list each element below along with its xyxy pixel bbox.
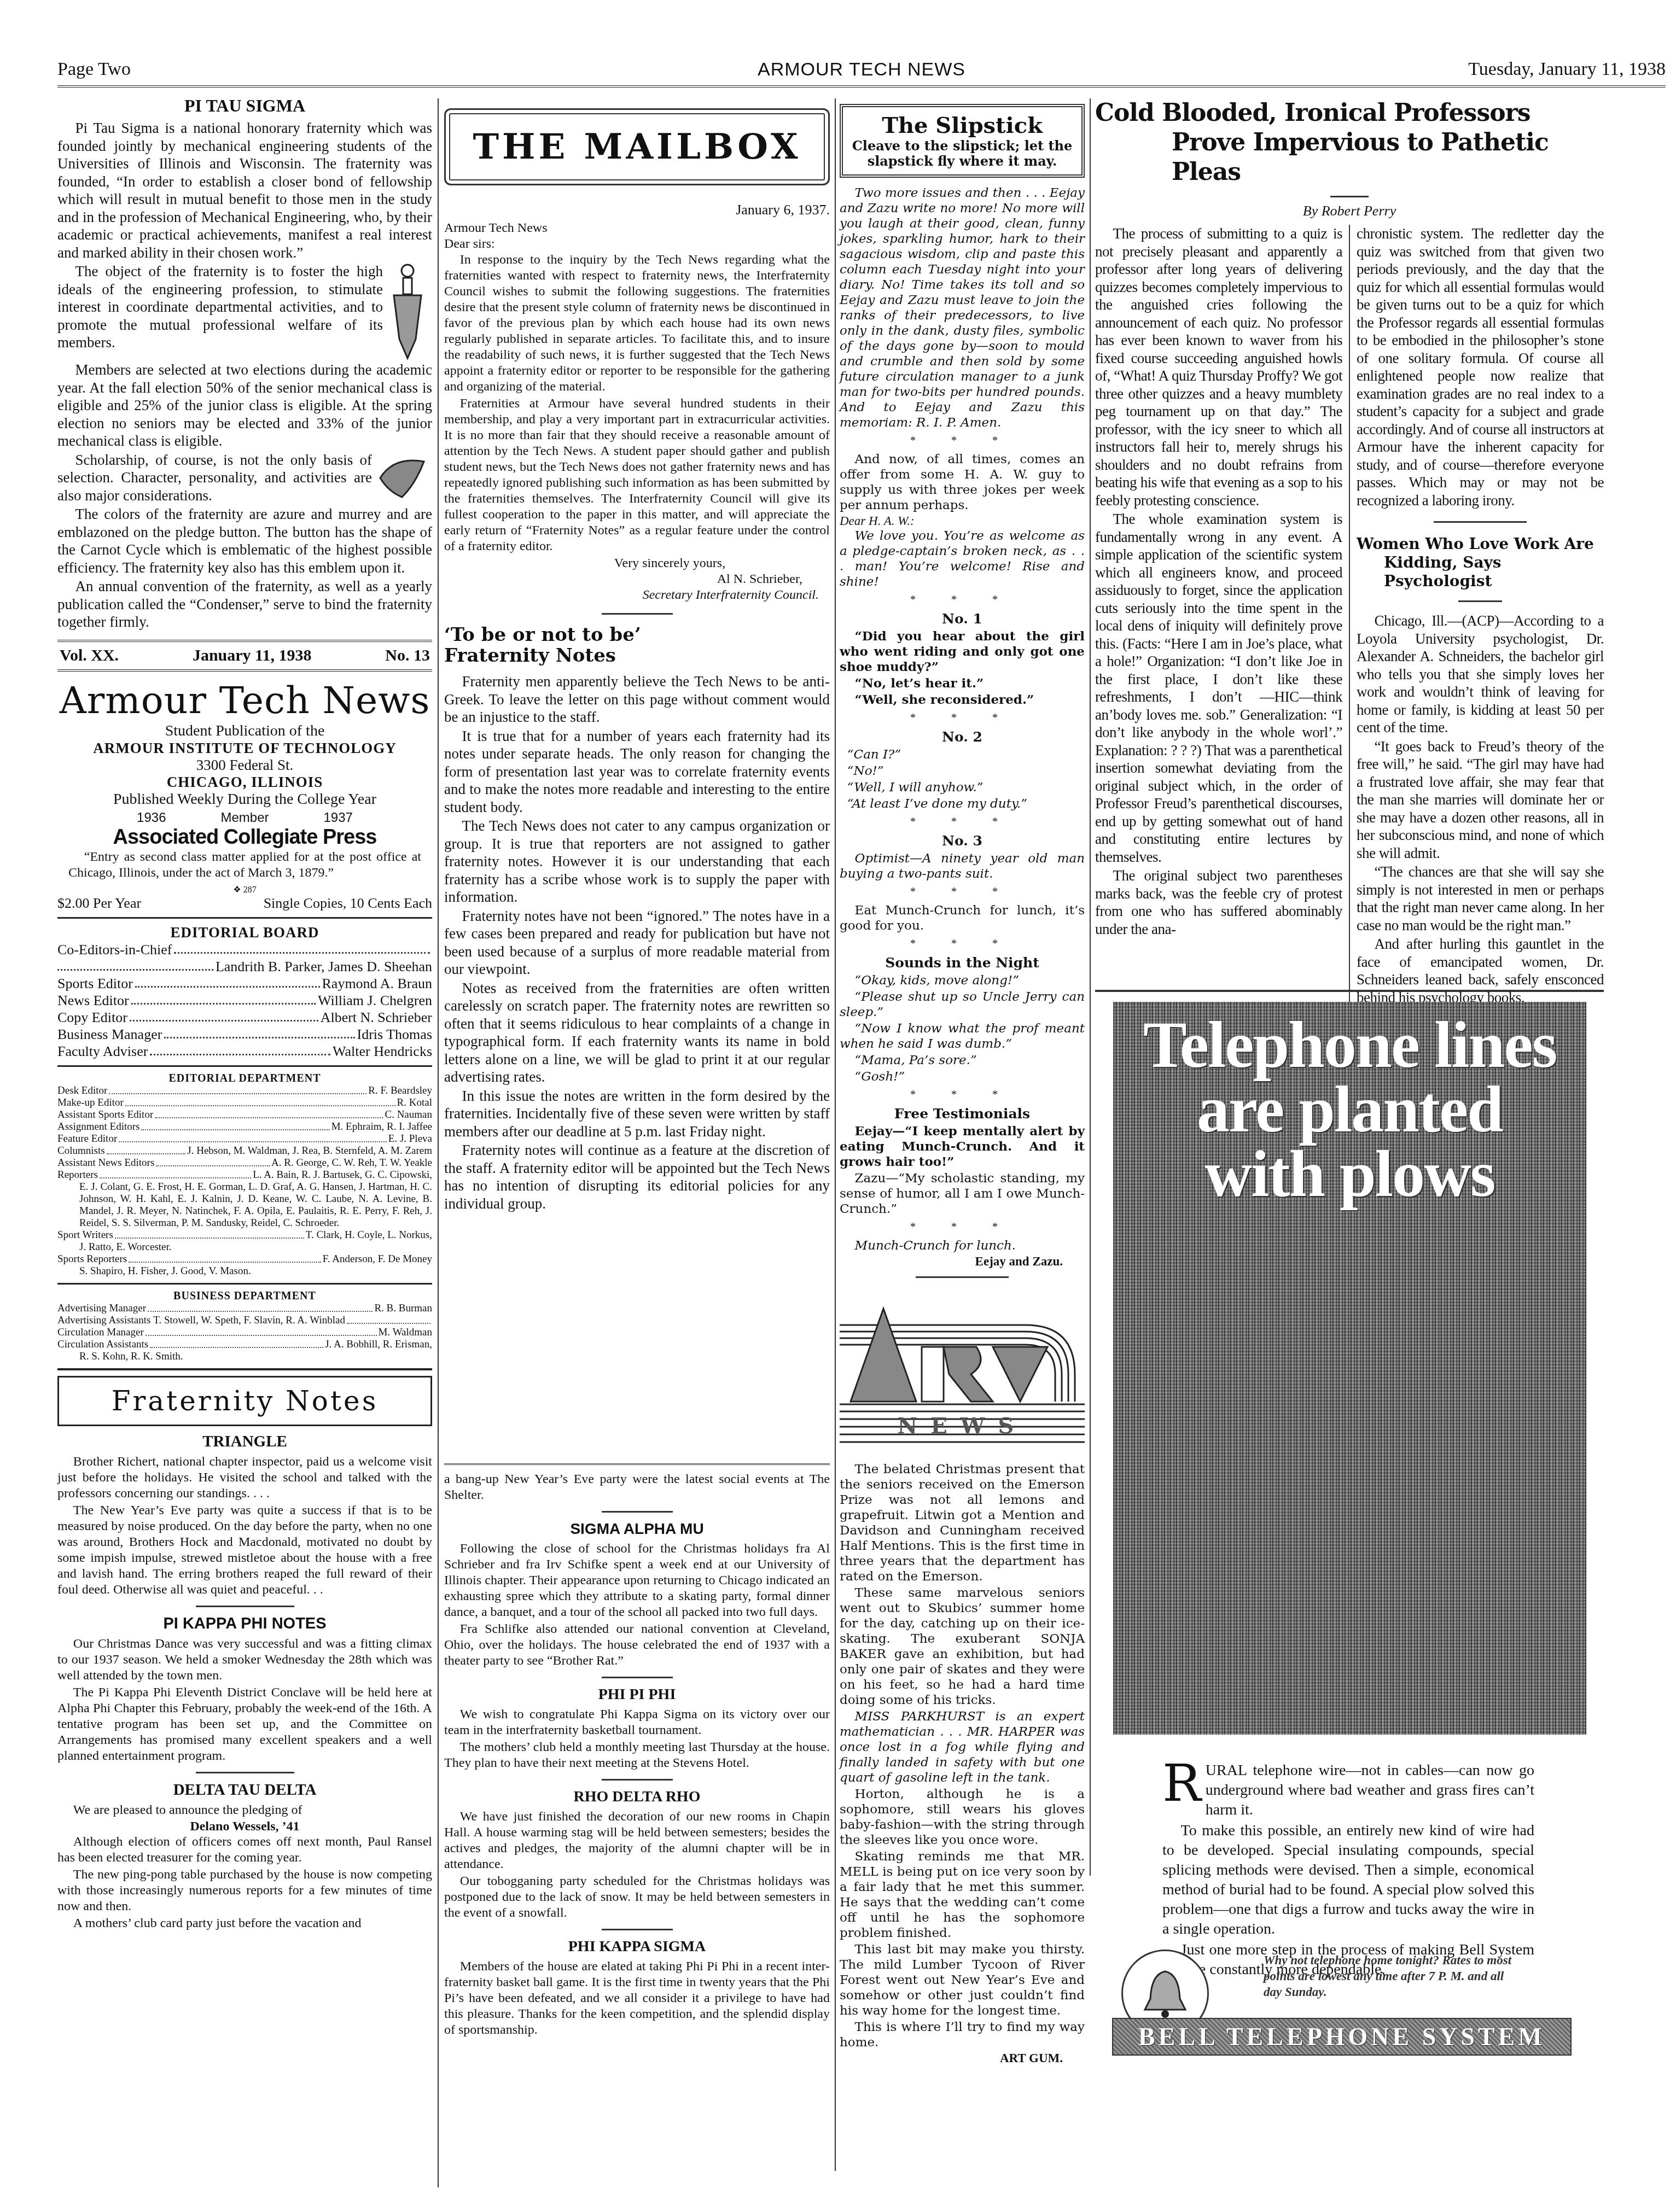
fraternity-key-icon — [383, 262, 432, 361]
department-role: Make-up Editor — [57, 1097, 124, 1109]
column-divider — [835, 98, 836, 2171]
volume-date: January 11, 1938 — [193, 646, 312, 665]
article-paragraph: Members are selected at two elections du… — [57, 361, 432, 450]
department-name: R. Kotal — [397, 1097, 432, 1109]
department-row: ReportersL. A. Bain, R. J. Bartusek, G. … — [57, 1169, 432, 1181]
board-row: Sports EditorRaymond A. Braun — [57, 975, 432, 992]
department-name-cont: R. S. Kohn, R. K. Smith. — [57, 1351, 432, 1363]
joke-line: Optimist—A ninety year old man buying a … — [840, 851, 1085, 882]
article-paragraph: We are pleased to announce the pledging … — [57, 1802, 432, 1818]
editorial-response: ‘To be or not to be’ Fraternity Notes Fr… — [444, 625, 830, 1212]
board-role: Copy Editor — [57, 1009, 127, 1026]
nameplate-line: Student Publication of the — [57, 722, 432, 740]
ad-headline: Telephone lines are planted with plows — [1113, 1013, 1586, 1206]
union-label-icon: ❖ 287 — [57, 884, 432, 895]
letter-recipient: Armour Tech News — [444, 220, 830, 236]
board-role: Business Manager — [57, 1026, 162, 1043]
joke-line: “No!” — [840, 763, 1085, 779]
department-name: T. Stowell, W. Speth, F. Slavin, R. A. W… — [153, 1315, 345, 1327]
fraternity-notes-banner: Fraternity Notes — [57, 1376, 432, 1426]
joke-line: “Now I know what the prof meant when he … — [840, 1021, 1085, 1052]
acp-logo: Associated Collegiate Press — [57, 826, 432, 849]
department-name: C. Nauman — [385, 1109, 432, 1121]
department-name: E. J. Pleva — [388, 1133, 432, 1145]
article-paragraph: The new ping-pong table purchased by the… — [57, 1867, 432, 1915]
department-row: Sport WritersT. Clark, H. Coyle, L. Nork… — [57, 1229, 432, 1241]
department-row: Feature EditorE. J. Pleva — [57, 1133, 432, 1145]
article-paragraph: The process of submitting to a quiz is n… — [1095, 225, 1342, 509]
editorial-paragraph: Fraternity notes will continue as a feat… — [444, 1141, 830, 1212]
section-separator: * * * — [840, 435, 1085, 447]
price-per-year: $2.00 Per Year — [57, 895, 141, 912]
department-row: Assistant News EditorsA. R. George, C. W… — [57, 1157, 432, 1169]
nameplate-institute: ARMOUR INSTITUTE OF TECHNOLOGY — [57, 740, 432, 757]
department-role: Desk Editor — [57, 1085, 107, 1097]
board-row: Copy EditorAlbert N. Schrieber — [57, 1009, 432, 1026]
board-row: News EditorWilliam J. Chelgren — [57, 992, 432, 1009]
nameplate-title: Armour Tech News — [57, 679, 432, 722]
column-paragraph: Eat Munch-Crunch for lunch, it’s good fo… — [840, 903, 1085, 933]
section-separator: * * * — [840, 886, 1085, 898]
article-paragraph: Our Christmas Dance was very successful … — [57, 1636, 432, 1684]
section-separator: * * * — [840, 816, 1085, 828]
article-heading: PHI KAPPA SIGMA — [444, 1938, 830, 1956]
editorial-paragraph: Fraternity men apparently believe the Te… — [444, 673, 830, 726]
article-paragraph: The original subject two parentheses mar… — [1095, 867, 1342, 938]
section-separator: * * * — [840, 938, 1085, 950]
nameplate-address: 3300 Federal St. — [57, 757, 432, 774]
nameplate: Armour Tech News Student Publication of … — [57, 679, 432, 912]
department-role: Advertising Manager — [57, 1303, 146, 1315]
mailbox-banner: THE MAILBOX — [444, 108, 830, 185]
ad-paragraph: To make this possible, an entirely new k… — [1162, 1821, 1534, 1939]
column-1: PI TAU SIGMA Pi Tau Sigma is a national … — [57, 96, 432, 1933]
joke-line: “Mama, Pa’s sore.” — [840, 1053, 1085, 1068]
member-year-end: 1937 — [324, 810, 353, 826]
board-row: Business ManagerIdris Thomas — [57, 1026, 432, 1043]
editorial-board: EDITORIAL BOARD Co-Editors-in-Chief Land… — [57, 924, 432, 1060]
plow-photo: Telephone lines are planted with plows — [1113, 1002, 1586, 1735]
department-heading: BUSINESS DEPARTMENT — [57, 1290, 432, 1303]
fraternity-notes: Fraternity Notes TRIANGLE Brother Richer… — [57, 1376, 432, 1931]
department-role: Reporters — [57, 1169, 98, 1181]
article-body: The process of submitting to a quiz is n… — [1095, 225, 1604, 1007]
editorial-paragraph: In this issue the notes are written in t… — [444, 1087, 830, 1141]
department-role: Feature Editor — [57, 1133, 117, 1145]
pi-tau-sigma-article: PI TAU SIGMA Pi Tau Sigma is a national … — [57, 96, 432, 631]
ad-paragraph: URAL telephone wire—not in cables—can no… — [1206, 1762, 1534, 1818]
board-name: Raymond A. Braun — [322, 975, 433, 992]
section-separator: * * * — [840, 594, 1085, 606]
article-heading: SIGMA ALPHA MU — [444, 1520, 830, 1538]
column-closing: Munch-Crunch for lunch. — [840, 1238, 1085, 1253]
bell-ad-photo: Telephone lines are planted with plows — [1113, 1002, 1586, 1735]
slipstick-title: The Slipstick — [846, 113, 1078, 138]
headline-line2: Kidding, Says Psychologist — [1357, 553, 1604, 591]
ad-headline-line: Telephone lines — [1113, 1013, 1586, 1077]
letter-signer: Al N. Schrieber, — [444, 571, 830, 587]
article-heading: PI KAPPA PHI NOTES — [57, 1615, 432, 1633]
board-role: Co-Editors-in-Chief — [57, 941, 172, 958]
department-name-cont: J. Ratto, E. Worcester. — [57, 1241, 432, 1253]
department-row: ColumnistsJ. Hebson, M. Waldman, J. Rea,… — [57, 1145, 432, 1157]
article-paragraph: “It goes back to Freud’s theory of the f… — [1357, 738, 1604, 862]
department-role: Sports Reporters — [57, 1253, 127, 1265]
article-paragraph: A mothers’ club card party just before t… — [57, 1916, 432, 1931]
column-paragraph: We love you. You’re as welcome as a pled… — [840, 528, 1085, 590]
article-paragraph: Although election of officers comes off … — [57, 1834, 432, 1866]
department-name: L. A. Bain, R. J. Bartusek, G. C. Cipows… — [253, 1169, 432, 1181]
department-role: Sport Writers — [57, 1229, 113, 1241]
page-masthead: Page Two ARMOUR TECH NEWS Tuesday, Janua… — [57, 0, 1666, 98]
column-4: Cold Blooded, Ironical Professors Prove … — [1095, 98, 1604, 1007]
section-separator: * * * — [840, 1089, 1085, 1101]
department-row: Assistant Sports EditorC. Nauman — [57, 1109, 432, 1121]
letter-paragraph: In response to the inquiry by the Tech N… — [444, 252, 830, 395]
article-paragraph: Fra Schlifke also attended our national … — [444, 1621, 830, 1669]
department-role: Circulation Assistants — [57, 1339, 148, 1351]
board-name: Walter Hendricks — [333, 1043, 432, 1060]
department-row: Advertising Assistants T. Stowell, W. Sp… — [57, 1315, 432, 1327]
article-paragraph: The colors of the fraternity are azure a… — [57, 505, 432, 576]
joke-line: “Did you hear about the girl who went ri… — [840, 629, 1085, 675]
union-number: 287 — [243, 885, 257, 895]
column-paragraph: Two more issues and then . . . Eejay and… — [840, 185, 1085, 430]
board-name: Albert N. Schrieber — [321, 1009, 432, 1026]
joke-line: “No, let’s hear it.” — [840, 676, 1085, 691]
member-year-start: 1936 — [137, 810, 166, 826]
article-heading: TRIANGLE — [57, 1433, 432, 1451]
department-name: T. Clark, H. Coyle, L. Norkus, — [306, 1229, 432, 1241]
nameplate-city: CHICAGO, ILLINOIS — [57, 774, 432, 791]
bell-ad-copy: RURAL telephone wire—not in cables—can n… — [1162, 1761, 1534, 1981]
column-signature: Eejay and Zazu. — [840, 1254, 1085, 1269]
svg-text:NEWS: NEWS — [898, 1413, 1027, 1439]
article-paragraph: The mothers’ club held a monthly meeting… — [444, 1740, 830, 1771]
article-heading: PI TAU SIGMA — [57, 96, 432, 116]
member-label: Member — [220, 810, 269, 826]
bell-system-banner: BELL TELEPHONE SYSTEM — [1112, 2018, 1572, 2056]
testimonial: Eejay—“I keep mentally alert by eating M… — [840, 1124, 1085, 1170]
article-paragraph: We wish to congratulate Phi Kappa Sigma … — [444, 1707, 830, 1738]
column-paragraph: These same marvelous seniors went out to… — [840, 1585, 1085, 1708]
slipstick-banner: The Slipstick Cleave to the slipstick; l… — [840, 104, 1085, 178]
joke-heading: Sounds in the Night — [840, 955, 1085, 971]
joke-line: “At least I’ve done my duty.” — [840, 796, 1085, 812]
joke-line: “Gosh!” — [840, 1069, 1085, 1084]
department-name: R. B. Burman — [374, 1303, 432, 1315]
joke-line: “Please shut up so Uncle Jerry can sleep… — [840, 989, 1085, 1020]
article-paragraph: Our tobogganing party scheduled for the … — [444, 1874, 830, 1921]
business-department: BUSINESS DEPARTMENT Advertising ManagerR… — [57, 1290, 432, 1363]
article-paragraph: Chicago, Ill.—(ACP)—According to a Loyol… — [1357, 612, 1604, 737]
letter-date: January 6, 1937. — [444, 202, 830, 218]
article-heading: PHI PI PHI — [444, 1686, 830, 1703]
price-single-copy: Single Copies, 10 Cents Each — [264, 895, 432, 912]
department-heading: EDITORIAL DEPARTMENT — [57, 1072, 432, 1085]
section-separator: * * * — [840, 1221, 1085, 1234]
testimonial: Zazu—“My scholastic standing, my sense o… — [840, 1171, 1085, 1217]
editorial-heading-line2: Fraternity Notes — [444, 645, 830, 666]
department-name: J. A. Bobhill, R. Erisman, — [325, 1339, 432, 1351]
nameplate-frequency: Published Weekly During the College Year — [57, 791, 432, 808]
article-paragraph: Pi Tau Sigma is a national honorary frat… — [57, 119, 432, 261]
headline-line1: Cold Blooded, Ironical Professors — [1095, 98, 1604, 128]
department-role: Assistant News Editors — [57, 1157, 154, 1169]
column-divider — [1090, 98, 1091, 1876]
board-heading: EDITORIAL BOARD — [57, 924, 432, 941]
subscription-prices: $2.00 Per Year Single Copies, 10 Cents E… — [57, 895, 432, 912]
board-role: News Editor — [57, 992, 129, 1009]
joke-heading: Free Testimonials — [840, 1106, 1085, 1122]
volume-number: Vol. XX. — [60, 646, 119, 665]
joke-heading: No. 1 — [840, 611, 1085, 627]
department-row: Desk EditorR. F. Beardsley — [57, 1085, 432, 1097]
letter-paragraph: Fraternities at Armour have several hund… — [444, 396, 830, 555]
article-paragraph: “The chances are that she will say she s… — [1357, 863, 1604, 934]
board-row: Faculty AdviserWalter Hendricks — [57, 1043, 432, 1060]
ad-headline-line: are planted — [1113, 1077, 1586, 1142]
article-paragraph: chronistic system. The redletter day the… — [1357, 225, 1604, 509]
drop-cap: R — [1162, 1762, 1201, 1806]
women-headline: Women Who Love Work Are Kidding, Says Ps… — [1357, 535, 1604, 591]
board-row: Co-Editors-in-Chief — [57, 941, 432, 958]
letter-salutation: Dear sirs: — [444, 236, 830, 252]
masthead-rule — [57, 85, 1666, 89]
article-paragraph: Following the close of school for the Ch… — [444, 1541, 830, 1620]
byline: By Robert Perry — [1095, 203, 1604, 219]
article-paragraph: Members of the house are elated at takin… — [444, 1959, 830, 2038]
paper-title: ARMOUR TECH NEWS — [57, 59, 1666, 80]
department-name: R. F. Beardsley — [368, 1085, 432, 1097]
board-name: Idris Thomas — [357, 1026, 432, 1043]
section-separator: * * * — [840, 712, 1085, 725]
article-end-rule — [1095, 990, 1604, 992]
postal-entry: “Entry as second class matter applied fo… — [57, 849, 432, 881]
editorial-paragraph: Fraternity notes have not been “ignored.… — [444, 907, 830, 978]
department-row: Circulation ManagerM. Waldman — [57, 1327, 432, 1339]
column-paragraph: MISS PARKHURST is an expert mathematicia… — [840, 1709, 1085, 1785]
column-paragraph: Horton, although he is a sophomore, stil… — [840, 1787, 1085, 1848]
mailbox-letter: THE MAILBOX January 6, 1937. Armour Tech… — [444, 108, 830, 603]
article-paragraph: The Pi Kappa Phi Eleventh District Concl… — [57, 1685, 432, 1764]
column-signature: ART GUM. — [840, 2051, 1085, 2065]
ad-headline-line: with plows — [1113, 1142, 1586, 1206]
editorial-department: EDITORIAL DEPARTMENT Desk EditorR. F. Be… — [57, 1072, 432, 1277]
board-row: Landrith B. Parker, James D. Sheehan — [57, 958, 432, 975]
pledge-button-icon — [372, 451, 432, 506]
joke-line: “Well, I will anyhow.” — [840, 780, 1085, 795]
column-paragraph: Skating reminds me that MR. MELL is bein… — [840, 1849, 1085, 1941]
joke-line: “Well, she reconsidered.” — [840, 692, 1085, 708]
column-paragraph: This is where I’ll try to find my way ho… — [840, 2020, 1085, 2050]
article-headline: Cold Blooded, Ironical Professors Prove … — [1095, 98, 1604, 187]
pledge-name: Delano Wessels, ’41 — [57, 1819, 432, 1834]
joke-line: “Okay, kids, move along!” — [840, 973, 1085, 988]
column-paragraph: This last bit may make you thirsty. The … — [840, 1942, 1085, 2018]
department-name: M. Ephraim, R. I. Jaffee — [331, 1121, 432, 1133]
article-paragraph: The object of the fraternity is to foste… — [57, 262, 383, 352]
board-role: Sports Editor — [57, 975, 133, 992]
department-role: Advertising Assistants — [57, 1315, 150, 1327]
arch-news-logo: NEWS — [840, 1292, 1085, 1451]
article-heading: DELTA TAU DELTA — [57, 1781, 432, 1799]
column-2: THE MAILBOX January 6, 1937. Armour Tech… — [444, 104, 830, 1213]
board-role: Faculty Adviser — [57, 1043, 148, 1060]
issue-number: No. 13 — [385, 646, 430, 665]
cold-blooded-article: Cold Blooded, Ironical Professors Prove … — [1095, 98, 1604, 1007]
article-paragraph: Scholarship, of course, is not the only … — [57, 451, 372, 505]
department-name: M. Waldman — [379, 1327, 432, 1339]
editorial-paragraph: It is true that for a number of years ea… — [444, 727, 830, 816]
joke-line: “Can I?” — [840, 747, 1085, 762]
headline-line2: Prove Impervious to Pathetic Pleas — [1095, 128, 1604, 187]
article-paragraph: We have just finished the decoration of … — [444, 1809, 830, 1872]
reporters-list: E. J. Colant, G. E. Frost, H. E. Gorman,… — [57, 1181, 432, 1229]
column-paragraph: The belated Christmas present that the s… — [840, 1462, 1085, 1584]
department-name: F. Anderson, F. De Money — [323, 1253, 432, 1265]
article-paragraph: The New Year’s Eve party was quite a suc… — [57, 1503, 432, 1598]
department-row: Make-up EditorR. Kotal — [57, 1097, 432, 1109]
department-role: Columnists — [57, 1145, 105, 1157]
slipstick-motto: Cleave to the slipstick; let the slapsti… — [846, 138, 1078, 169]
article-paragraph: The whole examination system is fundamen… — [1095, 510, 1342, 866]
department-name: A. R. George, C. W. Reh, T. W. Yeakle — [271, 1157, 432, 1169]
department-role: Assistant Sports Editor — [57, 1109, 153, 1121]
editorial-paragraph: Notes as received from the fraternities … — [444, 979, 830, 1086]
department-name-cont: S. Shapiro, H. Fisher, J. Good, V. Mason… — [57, 1265, 432, 1277]
department-row: Advertising ManagerR. B. Burman — [57, 1303, 432, 1315]
headline-line1: Women Who Love Work Are — [1357, 535, 1604, 553]
article-paragraph: An annual convention of the fraternity, … — [57, 577, 432, 631]
department-name: J. Hebson, M. Waldman, J. Rea, B. Sternf… — [187, 1145, 432, 1157]
article-paragraph: a bang-up New Year’s Eve party were the … — [444, 1472, 830, 1503]
article-paragraph: And after hurling this gauntlet in the f… — [1357, 935, 1604, 1006]
department-role: Circulation Manager — [57, 1327, 144, 1339]
ad-tagline: Why not telephone home tonight? Rates to… — [1264, 1952, 1521, 2000]
joke-heading: No. 3 — [840, 833, 1085, 849]
article-heading: RHO DELTA RHO — [444, 1788, 830, 1806]
department-row: Assignment EditorsM. Ephraim, R. I. Jaff… — [57, 1121, 432, 1133]
joke-heading: No. 2 — [840, 729, 1085, 745]
board-name: Landrith B. Parker, James D. Sheehan — [216, 958, 432, 975]
volume-bar: Vol. XX. January 11, 1938 No. 13 — [57, 640, 432, 672]
editorial-paragraph: The Tech News does not cater to any camp… — [444, 817, 830, 906]
department-role: Assignment Editors — [57, 1121, 139, 1133]
member-line: 1936 Member 1937 — [57, 810, 432, 826]
letter-closing: Very sincerely yours, — [444, 556, 830, 571]
column-paragraph: And now, of all times, comes an offer fr… — [840, 452, 1085, 513]
fraternity-notes-continued: a bang-up New Year’s Eve party were the … — [444, 1463, 830, 2039]
issue-date: Tuesday, January 11, 1938 — [1468, 59, 1666, 80]
column-salutation: Dear H. A. W.: — [840, 514, 1085, 528]
department-row: Sports ReportersF. Anderson, F. De Money — [57, 1253, 432, 1265]
board-name: William J. Chelgren — [318, 992, 432, 1009]
department-row: Circulation AssistantsJ. A. Bobhill, R. … — [57, 1339, 432, 1351]
column-3: The Slipstick Cleave to the slipstick; l… — [840, 104, 1085, 2065]
letter-signer-title: Secretary Interfraternity Council. — [444, 587, 830, 603]
editorial-heading: ‘To be or not to be’ Fraternity Notes — [444, 625, 830, 666]
editorial-heading-line1: ‘To be or not to be’ — [444, 625, 830, 645]
article-paragraph: Brother Richert, national chapter inspec… — [57, 1454, 432, 1502]
column-divider — [438, 98, 439, 2187]
